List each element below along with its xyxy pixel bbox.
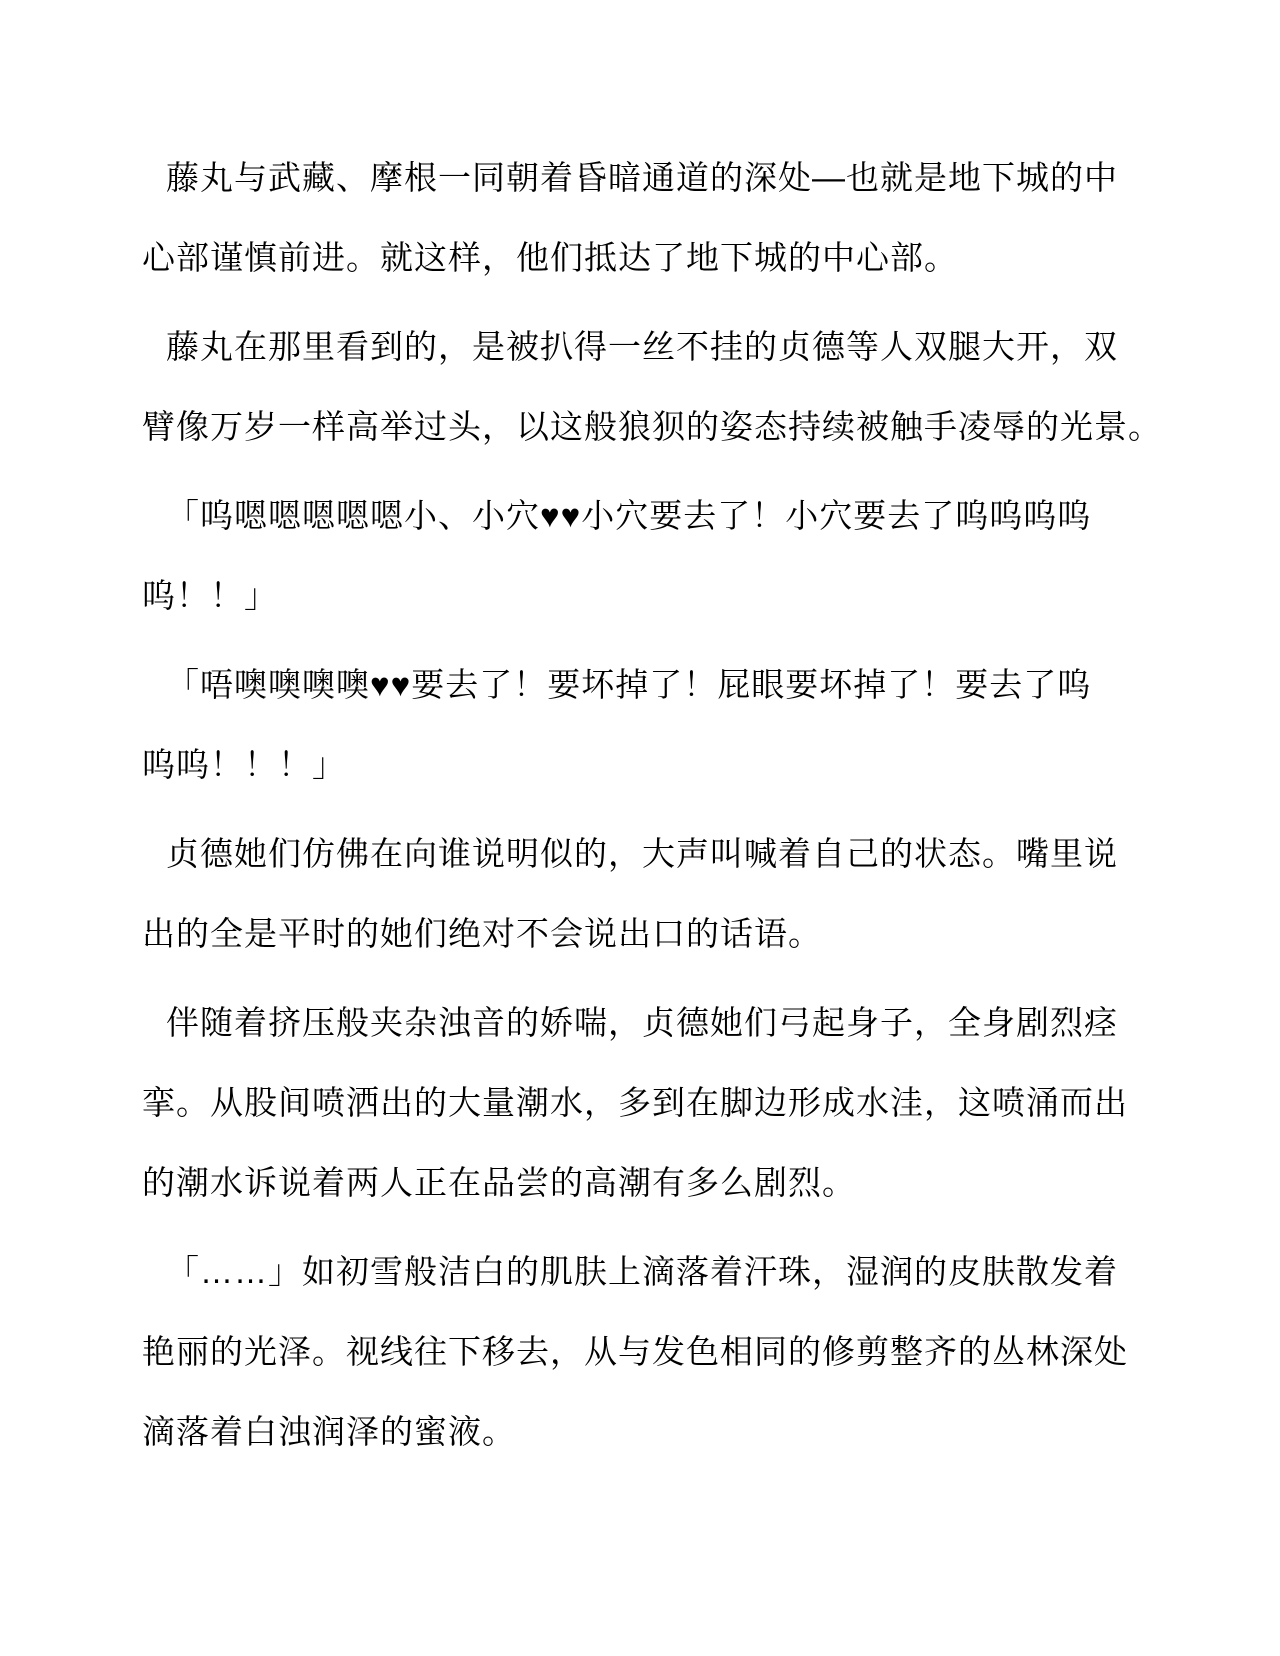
narration-paragraph: 贞德她们仿佛在向谁说明似的，大声叫喊着自己的状态。嘴里说出的全是平时的她们绝对不… — [142, 814, 1184, 974]
text-line: 伴随着挤压般夹杂浊音的娇喘，贞德她们弓起身子，全身剧烈痉 — [142, 983, 1184, 1063]
text-line: 藤丸在那里看到的，是被扒得一丝不挂的贞德等人双腿大开，双 — [142, 307, 1184, 387]
text-line: 的潮水诉说着两人正在品尝的高潮有多么剧烈。 — [142, 1143, 1184, 1223]
narration-paragraph: 「……」如初雪般洁白的肌肤上滴落着汗珠，湿润的皮肤散发着艳丽的光泽。视线往下移去… — [142, 1232, 1184, 1472]
text-line: 挛。从股间喷洒出的大量潮水，多到在脚边形成水洼，这喷涌而出 — [142, 1063, 1184, 1143]
text-line: 臂像万岁一样高举过头，以这般狼狈的姿态持续被触手凌辱的光景。 — [142, 387, 1184, 467]
text-line: 艳丽的光泽。视线往下移去，从与发色相同的修剪整齐的丛林深处 — [142, 1312, 1184, 1392]
dialogue-paragraph: 「呜嗯嗯嗯嗯嗯小、小穴♥♥小穴要去了！小穴要去了呜呜呜呜呜！！」 — [142, 476, 1184, 636]
text-line: 「呜嗯嗯嗯嗯嗯小、小穴♥♥小穴要去了！小穴要去了呜呜呜呜 — [142, 476, 1184, 556]
novel-page: 藤丸与武藏、摩根一同朝着昏暗通道的深处—也就是地下城的中心部谨慎前进。就这样，他… — [0, 0, 1280, 1656]
narration-paragraph: 藤丸与武藏、摩根一同朝着昏暗通道的深处—也就是地下城的中心部谨慎前进。就这样，他… — [142, 138, 1184, 298]
text-line: 出的全是平时的她们绝对不会说出口的话语。 — [142, 894, 1184, 974]
text-line: 「……」如初雪般洁白的肌肤上滴落着汗珠，湿润的皮肤散发着 — [142, 1232, 1184, 1312]
text-content: 藤丸与武藏、摩根一同朝着昏暗通道的深处—也就是地下城的中心部谨慎前进。就这样，他… — [142, 138, 1184, 1472]
text-line: 贞德她们仿佛在向谁说明似的，大声叫喊着自己的状态。嘴里说 — [142, 814, 1184, 894]
text-line: 「唔噢噢噢噢♥♥要去了！要坏掉了！屁眼要坏掉了！要去了呜 — [142, 645, 1184, 725]
text-line: 呜！！」 — [142, 556, 1184, 636]
dialogue-paragraph: 「唔噢噢噢噢♥♥要去了！要坏掉了！屁眼要坏掉了！要去了呜呜呜！！！」 — [142, 645, 1184, 805]
text-line: 呜呜！！！」 — [142, 725, 1184, 805]
narration-paragraph: 藤丸在那里看到的，是被扒得一丝不挂的贞德等人双腿大开，双臂像万岁一样高举过头，以… — [142, 307, 1184, 467]
narration-paragraph: 伴随着挤压般夹杂浊音的娇喘，贞德她们弓起身子，全身剧烈痉挛。从股间喷洒出的大量潮… — [142, 983, 1184, 1223]
text-line: 藤丸与武藏、摩根一同朝着昏暗通道的深处—也就是地下城的中 — [142, 138, 1184, 218]
text-line: 心部谨慎前进。就这样，他们抵达了地下城的中心部。 — [142, 218, 1184, 298]
text-line: 滴落着白浊润泽的蜜液。 — [142, 1392, 1184, 1472]
